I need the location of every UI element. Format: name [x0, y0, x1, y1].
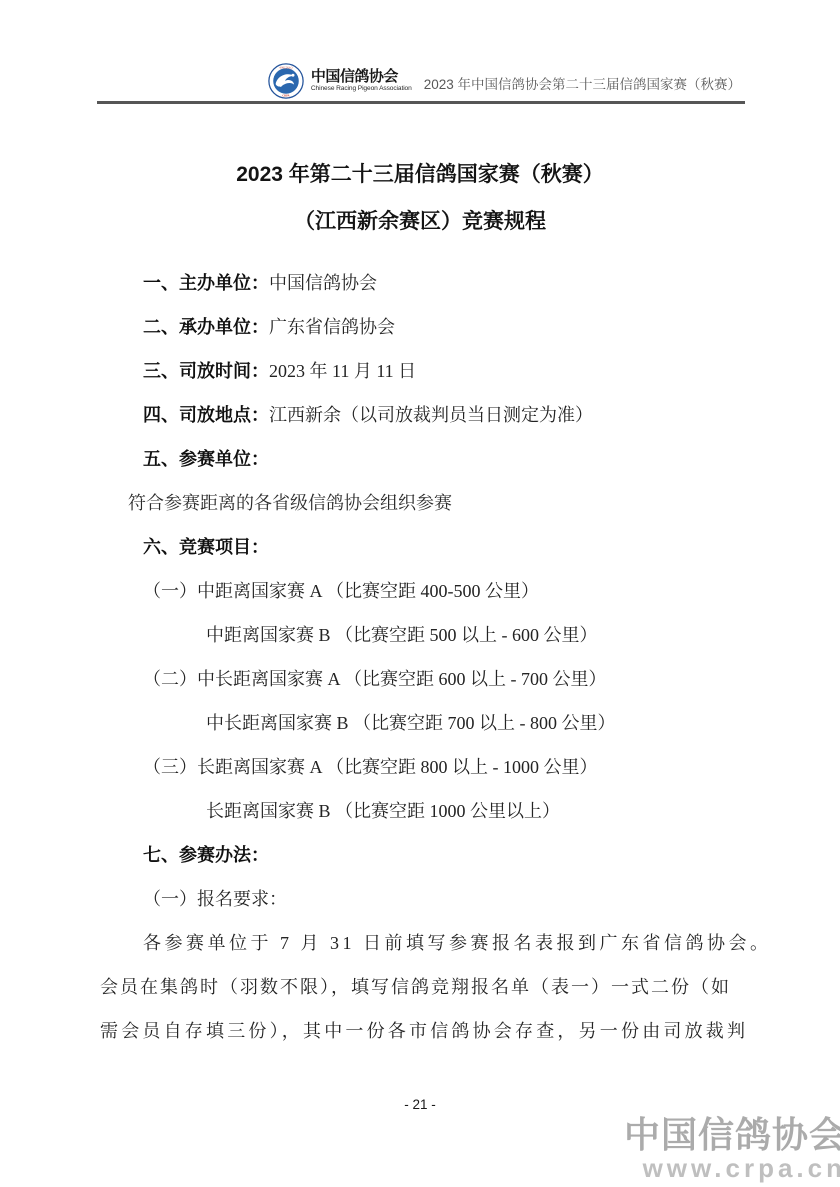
event-middle-b: 中距离国家赛 B （比赛空距 500 以上 - 600 公里）: [100, 613, 740, 657]
entry-paragraph-line3: 需会员自存填三份），其中一份各市信鸽协会存查，另一份由司放裁判: [100, 1009, 740, 1053]
section-label: 五、参赛单位：: [143, 449, 269, 469]
watermark: 中国信鸽协会 www.crpa.cn: [624, 1116, 840, 1182]
section-label: 三、司放时间：: [143, 361, 269, 381]
entry-paragraph-line1: 各参赛单位于 7 月 31 日前填写参赛报名表报到广东省信鸽协会。: [100, 921, 740, 965]
page-header: 中国信鸽协会 CRPA 中国信鸽协会 Chinese Racing Pigeon…: [97, 62, 745, 100]
entry-requirements-heading: （一）报名要求：: [100, 877, 740, 921]
header-doc-info: 2023 年中国信鸽协会第二十三届信鸽国家赛（秋赛）: [424, 73, 741, 93]
event-long-b: 长距离国家赛 B （比赛空距 1000 公里以上）: [100, 789, 740, 833]
section-entry-method: 七、参赛办法：: [100, 833, 740, 877]
watermark-association-name: 中国信鸽协会: [624, 1116, 840, 1154]
section-label: 二、承办单位：: [143, 317, 269, 337]
event-midlong-a: （二）中长距离国家赛 A （比赛空距 600 以上 - 700 公里）: [100, 657, 740, 701]
brand-name: 中国信鸽协会: [311, 69, 412, 84]
event-midlong-b: 中长距离国家赛 B （比赛空距 700 以上 - 800 公里）: [100, 701, 740, 745]
brand-subtitle: Chinese Racing Pigeon Association: [311, 86, 412, 93]
event-long-a: （三）长距离国家赛 A （比赛空距 800 以上 - 1000 公里）: [100, 745, 740, 789]
document-body: 2023 年第二十三届信鸽国家赛（秋赛） （江西新余赛区）竞赛规程 一、主办单位…: [100, 152, 740, 1053]
section-release-place: 四、司放地点：江西新余（以司放裁判员当日测定为准）: [100, 393, 740, 437]
document-page: 中国信鸽协会 CRPA 中国信鸽协会 Chinese Racing Pigeon…: [0, 0, 840, 1187]
section-host: 一、主办单位：中国信鸽协会: [100, 261, 740, 305]
doc-title-line2: （江西新余赛区）竞赛规程: [100, 209, 740, 235]
section-label: 一、主办单位：: [143, 273, 269, 293]
logo-ring-bottom-text: CRPA: [282, 95, 289, 98]
section-label: 七、参赛办法：: [143, 845, 269, 865]
section-organizer: 二、承办单位：广东省信鸽协会: [100, 305, 740, 349]
section-value: 2023 年 11 月 11 日: [269, 361, 416, 381]
event-middle-a: （一）中距离国家赛 A （比赛空距 400-500 公里）: [100, 569, 740, 613]
section-events: 六、竞赛项目：: [100, 525, 740, 569]
watermark-website-url: www.crpa.cn: [624, 1154, 840, 1182]
section-value: 中国信鸽协会: [269, 273, 377, 293]
section-value: 江西新余（以司放裁判员当日测定为准）: [269, 405, 593, 425]
entry-paragraph-line2: 会员在集鸽时（羽数不限），填写信鸽竞翔报名单（表一）一式二份（如: [100, 965, 740, 1009]
association-brand: 中国信鸽协会 Chinese Racing Pigeon Association: [311, 69, 412, 93]
section-value: 广东省信鸽协会: [269, 317, 395, 337]
doc-title-line1: 2023 年第二十三届信鸽国家赛（秋赛）: [100, 162, 740, 188]
section-label: 四、司放地点：: [143, 405, 269, 425]
crpa-pigeon-logo-icon: 中国信鸽协会 CRPA: [268, 63, 304, 99]
section-label: 六、竞赛项目：: [143, 537, 269, 557]
logo-ring-top-text: 中国信鸽协会: [279, 66, 294, 70]
regulation-list: 一、主办单位：中国信鸽协会 二、承办单位：广东省信鸽协会 三、司放时间：2023…: [100, 261, 740, 1053]
section-release-time: 三、司放时间：2023 年 11 月 11 日: [100, 349, 740, 393]
participants-note: 符合参赛距离的各省级信鸽协会组织参赛: [100, 481, 740, 525]
page-number: - 21 -: [0, 1096, 840, 1114]
header-divider: [97, 101, 745, 104]
section-participants: 五、参赛单位：: [100, 437, 740, 481]
